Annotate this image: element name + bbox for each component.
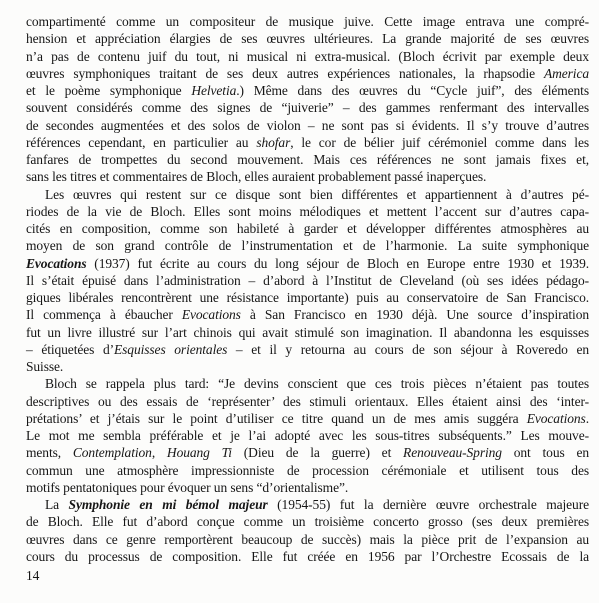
text-line: descriptives ou des essais de ‘représent… bbox=[26, 393, 589, 410]
text-line: Evocations (1937) fut écrite au cours du… bbox=[26, 255, 589, 272]
paragraph: compartimenté comme un compositeur de mu… bbox=[26, 13, 589, 186]
text-segment: Les œuvres qui restent sur ce disque son… bbox=[45, 187, 589, 202]
text-segment: souvent considérés comme des signes de “… bbox=[26, 100, 589, 115]
text-segment: Il s’était épuisé dans l’administration … bbox=[26, 273, 589, 288]
document-page: compartimenté comme un compositeur de mu… bbox=[0, 0, 599, 603]
text-segment: cités en composition, comme son habileté… bbox=[26, 221, 589, 236]
text-line: La Symphonie en mi bémol majeur (1954-55… bbox=[26, 496, 589, 513]
text-segment: Suisse. bbox=[26, 359, 63, 374]
text-line: œuvres dans ce genre remportèrent beauco… bbox=[26, 531, 589, 548]
text-segment: fut un livre illustré sur l’art chinois … bbox=[26, 325, 589, 340]
text-line: et le poème symphonique Helvetia.) Même … bbox=[26, 82, 589, 99]
text-segment: – étiquetées d’ bbox=[26, 342, 114, 357]
page-number: 14 bbox=[26, 567, 589, 584]
text-segment: moyen de son grand contrôle de l’instrum… bbox=[26, 238, 589, 253]
text-segment: – et il y retourna au cours de son séjou… bbox=[227, 342, 589, 357]
text-segment: motifs pentatoniques pour évoquer un sen… bbox=[26, 480, 348, 495]
text-line: Il s’était épuisé dans l’administration … bbox=[26, 272, 589, 289]
text-line: Il commença à ébaucher Evocations à San … bbox=[26, 306, 589, 323]
text-segment: de Bloch. Elle fut d’abord conçue comme … bbox=[26, 514, 589, 529]
italic-title-text: America bbox=[544, 66, 589, 81]
text-line: motifs pentatoniques pour évoquer un sen… bbox=[26, 479, 589, 496]
text-segment: prétations’ et j’étais sur le point d’ut… bbox=[26, 411, 527, 426]
text-line: Suisse. bbox=[26, 358, 589, 375]
paragraph: Bloch se rappela plus tard: “Je devins c… bbox=[26, 375, 589, 496]
text-line: – étiquetées d’Esquisses orientales – et… bbox=[26, 341, 589, 358]
text-segment: compartimenté comme un compositeur de mu… bbox=[26, 14, 589, 29]
text-line: commun une atmosphère impressionniste de… bbox=[26, 462, 589, 479]
text-segment: à San Francisco en 1930 déjà. Une source… bbox=[241, 307, 589, 322]
text-line: sans les titres et commentaires de Bloch… bbox=[26, 168, 589, 185]
text-line: de Bloch. Elle fut d’abord conçue comme … bbox=[26, 513, 589, 530]
text-line: cités en composition, comme son habileté… bbox=[26, 220, 589, 237]
text-line: moyen de son grand contrôle de l’instrum… bbox=[26, 237, 589, 254]
text-line: hension et appréciation élargies de ses … bbox=[26, 30, 589, 47]
text-segment: et le poème symphonique bbox=[26, 83, 191, 98]
text-line: souvent considérés comme des signes de “… bbox=[26, 99, 589, 116]
text-segment: commun une atmosphère impressionniste de… bbox=[26, 463, 589, 478]
italic-title-text: Contemplation bbox=[73, 445, 152, 460]
text-line: giques libérales rencontrèrent une résis… bbox=[26, 289, 589, 306]
italic-title-text: Evocations bbox=[182, 307, 241, 322]
text-segment: sans les titres et commentaires de Bloch… bbox=[26, 169, 486, 184]
text-line: fanfares de trompettes du second mouveme… bbox=[26, 151, 589, 168]
text-segment: riodes de la vie de Bloch. Elles sont mo… bbox=[26, 204, 589, 219]
text-segment: descriptives ou des essais de ‘représent… bbox=[26, 394, 589, 409]
text-line: ments, Contemplation, Houang Ti (Dieu de… bbox=[26, 444, 589, 461]
italic-title-text: Helvetia bbox=[191, 83, 236, 98]
text-line: œuvres symphoniques traitant de ses deux… bbox=[26, 65, 589, 82]
text-segment: Bloch se rappela plus tard: “Je devins c… bbox=[45, 376, 589, 391]
text-segment: , le cor de bélier juif cérémoniel comme… bbox=[290, 135, 589, 150]
italic-title-text: Evocations bbox=[527, 411, 586, 426]
text-segment: fanfares de trompettes du second mouveme… bbox=[26, 152, 589, 167]
text-line: Bloch se rappela plus tard: “Je devins c… bbox=[26, 375, 589, 392]
text-line: de secondes augmentées et des solos de v… bbox=[26, 117, 589, 134]
text-line: références cependant, en particulier au … bbox=[26, 134, 589, 151]
text-segment: giques libérales rencontrèrent une résis… bbox=[26, 290, 589, 305]
text-block: compartimenté comme un compositeur de mu… bbox=[26, 13, 589, 565]
paragraph: La Symphonie en mi bémol majeur (1954-55… bbox=[26, 496, 589, 565]
text-segment: hension et appréciation élargies de ses … bbox=[26, 31, 589, 46]
text-segment: (1954-55) fut la dernière œuvre orchestr… bbox=[268, 497, 589, 512]
text-line: Les œuvres qui restent sur ce disque son… bbox=[26, 186, 589, 203]
italic-title-text: Renouveau-Spring bbox=[403, 445, 502, 460]
text-line: n’a pas de contenu juif du tout, ni musi… bbox=[26, 48, 589, 65]
paragraph: Les œuvres qui restent sur ce disque son… bbox=[26, 186, 589, 376]
text-line: Le mot me sembla préférable et je l’ai a… bbox=[26, 427, 589, 444]
text-line: riodes de la vie de Bloch. Elles sont mo… bbox=[26, 203, 589, 220]
text-line: cours du processus de composition. Elle … bbox=[26, 548, 589, 565]
italic-title-text: shofar bbox=[256, 135, 290, 150]
bold-italic-title-text: Evocations bbox=[26, 256, 87, 271]
text-line: prétations’ et j’étais sur le point d’ut… bbox=[26, 410, 589, 427]
text-segment: .) Même dans des œuvres du “Cycle juif”,… bbox=[236, 83, 589, 98]
italic-title-text: Houang Ti bbox=[167, 445, 232, 460]
text-segment: n’a pas de contenu juif du tout, ni musi… bbox=[26, 49, 589, 64]
text-segment: cours du processus de composition. Elle … bbox=[26, 549, 589, 564]
text-segment: œuvres dans ce genre remportèrent beauco… bbox=[26, 532, 589, 547]
text-segment: (Dieu de la guerre) et bbox=[232, 445, 403, 460]
text-segment: ont tous en bbox=[502, 445, 589, 460]
text-segment: Il commença à ébaucher bbox=[26, 307, 182, 322]
italic-title-text: Esquisses orientales bbox=[114, 342, 227, 357]
text-segment: , bbox=[152, 445, 167, 460]
text-segment: ments, bbox=[26, 445, 73, 460]
text-segment: œuvres symphoniques traitant de ses deux… bbox=[26, 66, 544, 81]
text-segment: . bbox=[586, 411, 589, 426]
text-line: fut un livre illustré sur l’art chinois … bbox=[26, 324, 589, 341]
text-segment: Le mot me sembla préférable et je l’ai a… bbox=[26, 428, 589, 443]
bold-italic-title-text: Symphonie en mi bémol majeur bbox=[69, 497, 268, 512]
text-segment: de secondes augmentées et des solos de v… bbox=[26, 118, 589, 133]
text-line: compartimenté comme un compositeur de mu… bbox=[26, 13, 589, 30]
text-segment: références cependant, en particulier au bbox=[26, 135, 256, 150]
text-segment: (1937) fut écrite au cours du long séjou… bbox=[87, 256, 589, 271]
text-segment: La bbox=[45, 497, 69, 512]
